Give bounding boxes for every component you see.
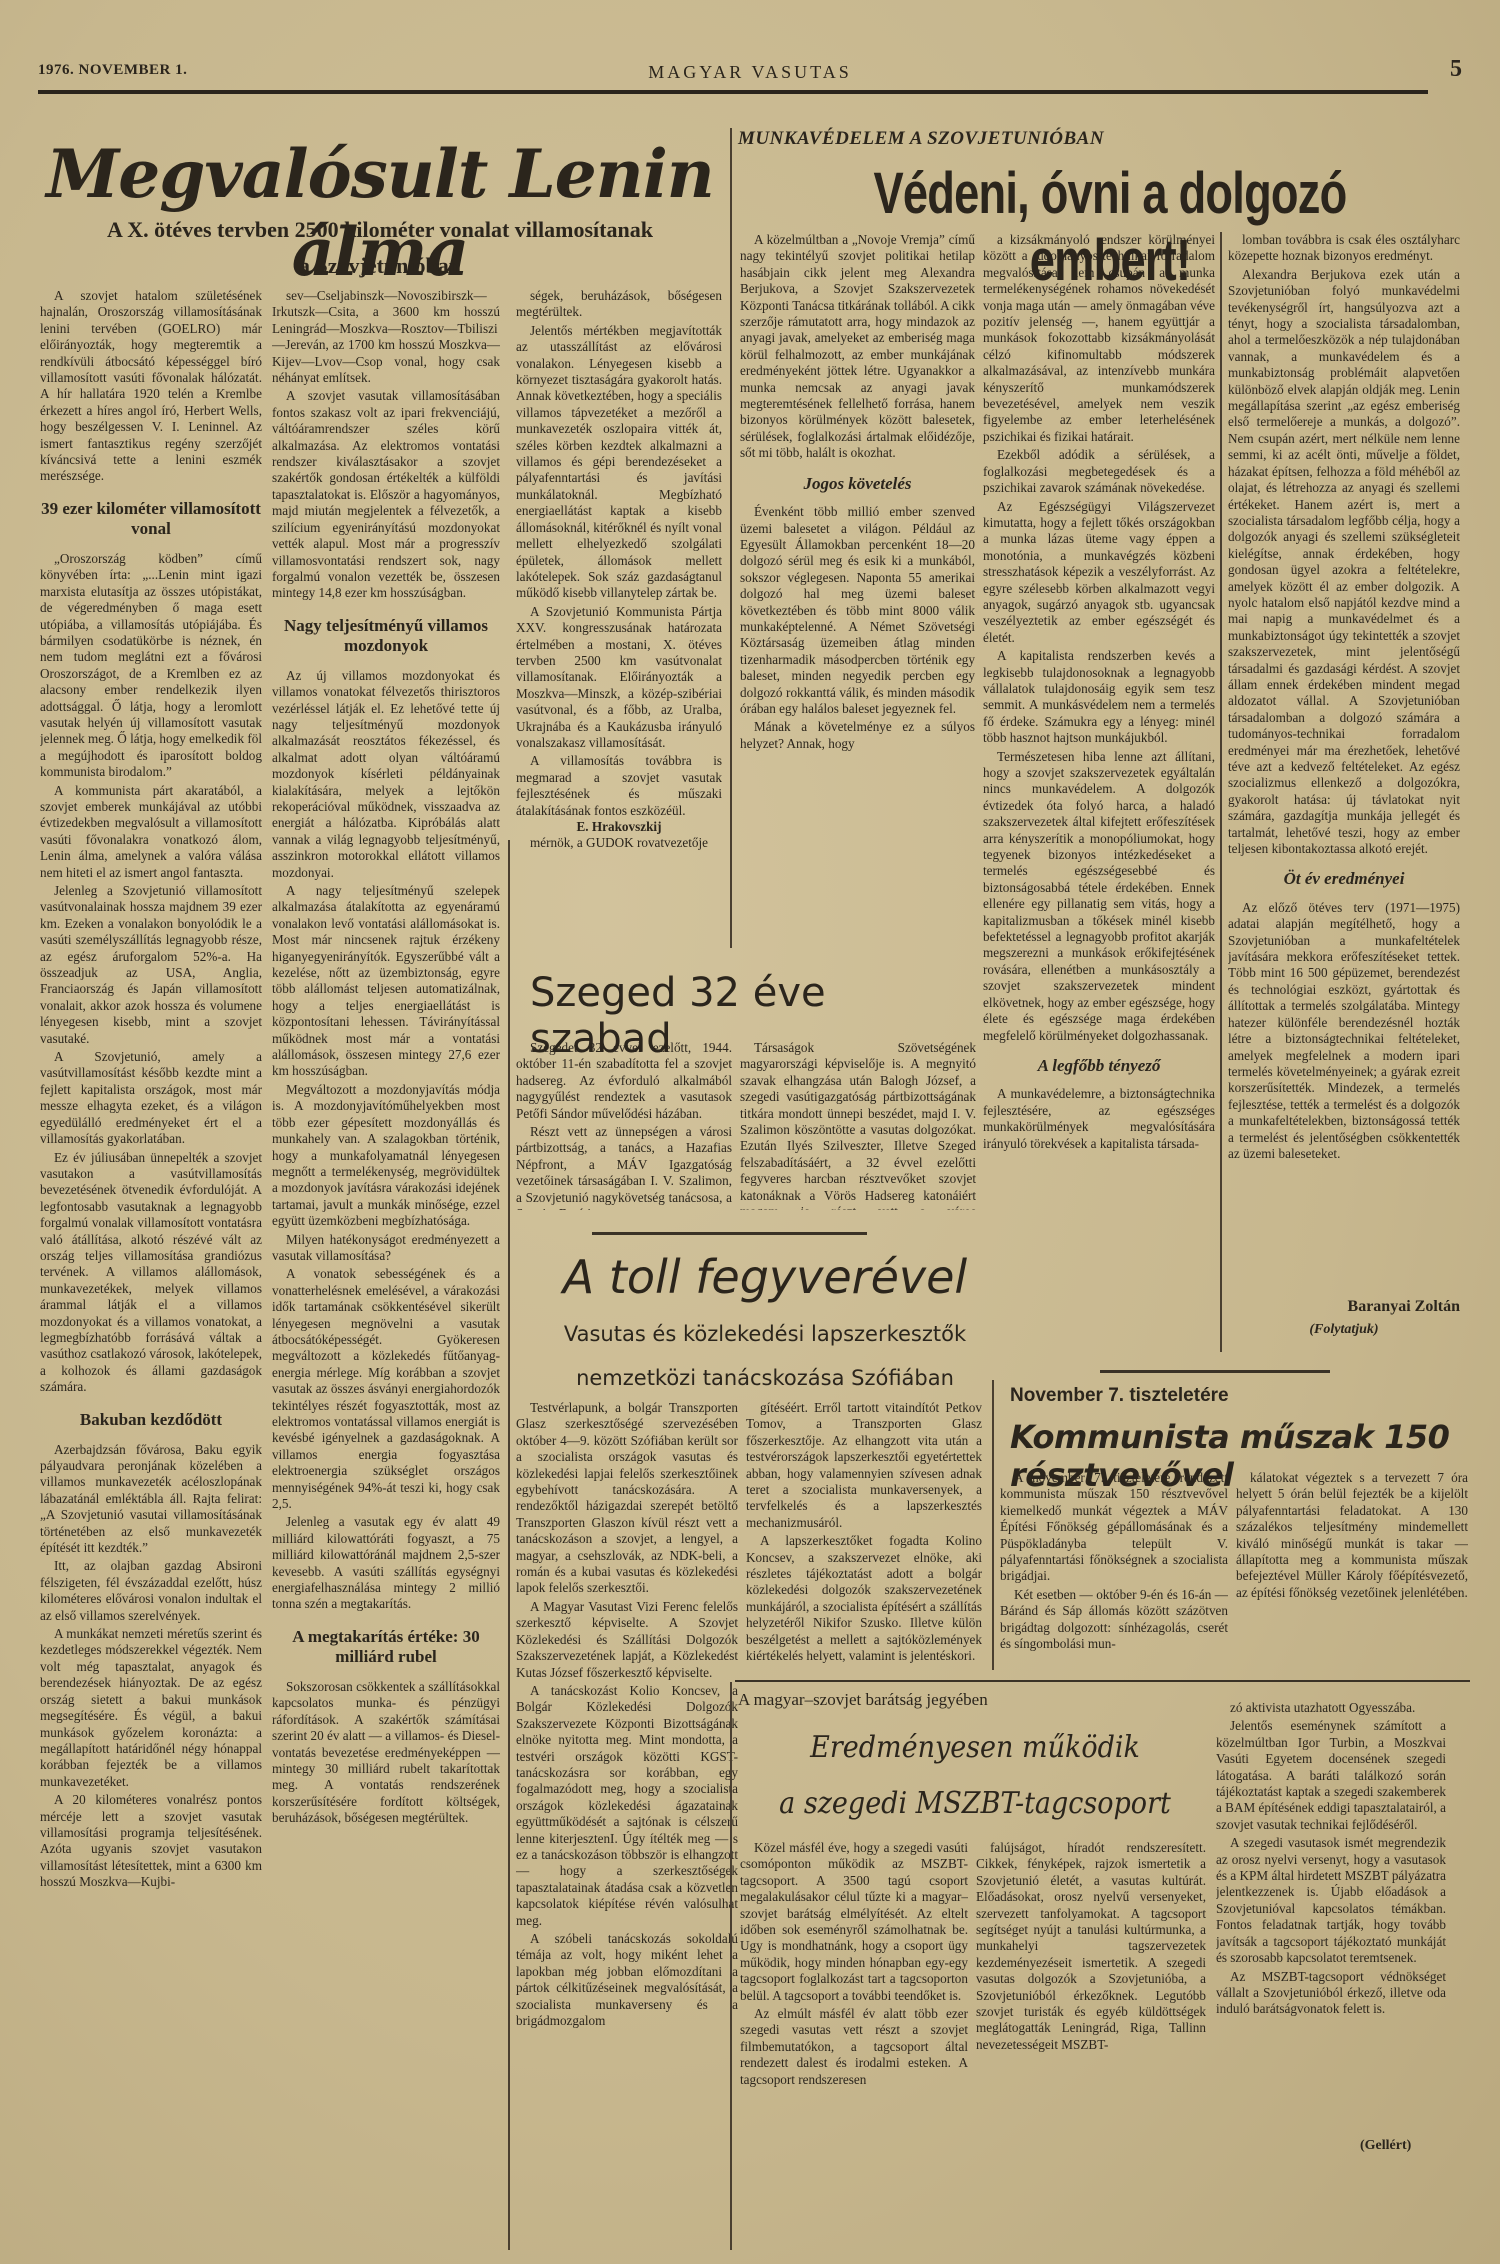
lenin-subheadline: A X. ötéves tervben 2500 kilométer vonal… xyxy=(40,212,720,284)
paragraph: Társaságok Szövetségének magyarországi k… xyxy=(740,1040,976,1210)
paragraph: zó aktivista utazhatott Ogyesszába. xyxy=(1216,1700,1446,1716)
paragraph: Közel másfél éve, hogy a szegedi vasúti … xyxy=(740,1840,968,2004)
paragraph: A kommunista párt akaratából, a szovjet … xyxy=(40,783,262,881)
mszbt-headline: Eredményesen működik a szegedi MSZBT-tag… xyxy=(764,1720,1187,1832)
lenin-subhead-39ezer: 39 ezer kilométer villamosított vonal xyxy=(40,499,262,539)
paragraph: A lapszerkesztőket fogadta Kolino Koncse… xyxy=(746,1533,982,1664)
mszbt-column-1: Közel másfél éve, hogy a szegedi vasúti … xyxy=(740,1840,968,2250)
paragraph: A november 7. tiszteletére rendezett kom… xyxy=(1000,1470,1228,1585)
vedeni-kicker: MUNKAVÉDELEM A SZOVJETUNIÓBAN xyxy=(738,128,1104,150)
lenin-byline-role: mérnök, a GUDOK rovatvezetője xyxy=(516,835,722,851)
paragraph: A szegedi vasutasok ismét megrendezik az… xyxy=(1216,1835,1446,1966)
paragraph: A vonatok sebességének és a vonatterhelé… xyxy=(272,1266,500,1512)
section-rule xyxy=(735,1680,1470,1682)
paragraph: Testvérlapunk, a bolgár Transzporten Gla… xyxy=(516,1400,738,1597)
paragraph: A tanácskozást Kolio Koncsev, a Bolgár K… xyxy=(516,1683,738,1929)
paragraph: ségek, beruházások, bőségesen megtérülte… xyxy=(516,288,722,321)
paragraph: Az Egészségügyi Világszervezet kimutatta… xyxy=(983,499,1215,647)
paragraph: A 20 kilométeres vonalrész pontos mércéj… xyxy=(40,1792,262,1890)
vedeni-column-1: A közelmúltban a „Novoje Vremja” című na… xyxy=(740,232,975,932)
kommunista-column-1: A november 7. tiszteletére rendezett kom… xyxy=(1000,1470,1228,1670)
column-divider xyxy=(992,1380,994,1670)
mszbt-column-3: zó aktivista utazhatott Ogyesszába.Jelen… xyxy=(1216,1700,1446,2140)
paragraph: A szovjet vasutak villamosításában fonto… xyxy=(272,388,500,601)
toll-column-1: Testvérlapunk, a bolgár Transzporten Gla… xyxy=(516,1400,738,2250)
mszbt-column-2: falújságot, híradót rendszeresített. Cik… xyxy=(976,1840,1206,2250)
column-divider xyxy=(730,128,732,948)
continued-note: (Folytatjuk) xyxy=(1228,1322,1460,1338)
paragraph: Az új villamos mozdonyokat és villamos v… xyxy=(272,668,500,881)
paragraph: A szóbeli tanácskozás sokoldalú témája a… xyxy=(516,1931,738,2029)
paragraph: a kizsákmányoló rendszer körülményei köz… xyxy=(983,232,1215,445)
column-divider xyxy=(508,840,510,2250)
paragraph: Alexandra Berjukova ezek után a Szovjetu… xyxy=(1228,267,1460,858)
paragraph: Évenként több millió ember szenved üzemi… xyxy=(740,504,975,717)
paragraph: sev—Cseljabinszk—Novoszibirszk—Irkutszk—… xyxy=(272,288,500,386)
section-rule xyxy=(1100,1370,1330,1373)
masthead-rule xyxy=(38,90,1428,94)
vedeni-column-2: a kizsákmányoló rendszer körülményei köz… xyxy=(983,232,1215,1322)
paragraph: A Magyar Vasutast Vizi Ferenc felelős sz… xyxy=(516,1599,738,1681)
lenin-column-1: A szovjet hatalom születésének hajnalán,… xyxy=(40,288,262,2248)
paragraph: A munkákat nemzeti méretűs szerint és ke… xyxy=(40,1626,262,1790)
mszbt-headline-line1: Eredményesen működik xyxy=(764,1720,1187,1776)
szeged-column-1: Szegedet 32 évvel ezelőtt, 1944. október… xyxy=(516,1040,732,1210)
paragraph: gítéséért. Erről tartott vitaindítót Pet… xyxy=(746,1400,982,1531)
paragraph: Jelentős eseménynek számított a közelmúl… xyxy=(1216,1718,1446,1833)
paragraph: Itt, az olajban gazdag Absironi félszige… xyxy=(40,1558,262,1624)
paragraph: Jelenleg a Szovjetunió villamosított vas… xyxy=(40,883,262,1047)
paragraph: Ezekből adódik a sérülések, a foglalkozá… xyxy=(983,447,1215,496)
lenin-subheadline-line2: a Szovjetunióban xyxy=(40,248,720,284)
lenin-subhead-mozdonyok: Nagy teljesítményű villamos mozdonyok xyxy=(272,616,500,656)
szeged-column-2: Társaságok Szövetségének magyarországi k… xyxy=(740,1040,976,1210)
paragraph: Részt vett az ünnepségen a városi pártbi… xyxy=(516,1124,732,1210)
column-divider xyxy=(268,288,270,2248)
paragraph: A villamosítás továbbra is megmarad a sz… xyxy=(516,753,722,819)
paragraph: A Szovjetunió Kommunista Pártja XXV. kon… xyxy=(516,604,722,752)
paragraph: A nagy teljesítményű szelepek alkalmazás… xyxy=(272,883,500,1080)
toll-column-2: gítéséért. Erről tartott vitaindítót Pet… xyxy=(746,1400,982,1670)
paragraph: Azerbajdzsán fővárosa, Baku egyik pályau… xyxy=(40,1442,262,1557)
paragraph: Ez év júliusában ünnepelték a szovjet va… xyxy=(40,1150,262,1396)
paragraph: falújságot, híradót rendszeresített. Cik… xyxy=(976,1840,1206,2053)
paragraph: A szovjet hatalom születésének hajnalán,… xyxy=(40,288,262,485)
toll-subheadline-line1: Vasutas és közlekedési lapszerkesztők xyxy=(530,1312,1000,1356)
vedeni-subhead-jogos: Jogos követelés xyxy=(740,476,975,492)
lenin-subhead-megtakaritas: A megtakarítás értéke: 30 milliárd rubel xyxy=(272,1627,500,1667)
column-divider xyxy=(730,1682,732,2250)
paragraph: „Oroszország ködben” című könyvében írta… xyxy=(40,551,262,781)
mszbt-headline-line2: a szegedi MSZBT-tagcsoport xyxy=(764,1776,1187,1832)
paragraph: Az elmúlt másfél év alatt több ezer szeg… xyxy=(740,2006,968,2088)
lenin-byline-name: E. Hrakovszkij xyxy=(516,819,722,835)
paragraph: Sokszorosan csökkentek a szállításokkal … xyxy=(272,1679,500,1827)
lenin-subhead-baku: Bakuban kezdődött xyxy=(40,1410,262,1430)
paragraph: kálatokat végeztek s a tervezett 7 óra h… xyxy=(1236,1470,1468,1601)
lenin-subheadline-line1: A X. ötéves tervben 2500 kilométer vonal… xyxy=(40,212,720,248)
paragraph: lomban továbbra is csak éles osztályharc… xyxy=(1228,232,1460,265)
paragraph: Az előző ötéves terv (1971—1975) adatai … xyxy=(1228,900,1460,1163)
lenin-column-2: sev—Cseljabinszk—Novoszibirszk—Irkutszk—… xyxy=(272,288,500,2248)
toll-headline: A toll fegyverével xyxy=(530,1250,1000,1304)
paragraph: Megváltozott a mozdonyjavítás módja is. … xyxy=(272,1082,500,1230)
mszbt-byline: (Gellért) xyxy=(1360,2138,1411,2154)
paragraph: Mának a követelménye ez a súlyos helyzet… xyxy=(740,719,975,752)
lenin-column-3: ségek, beruházások, bőségesen megtérülte… xyxy=(516,288,722,888)
paragraph: Szegedet 32 évvel ezelőtt, 1944. október… xyxy=(516,1040,732,1122)
newspaper-title: MAGYAR VASUTAS xyxy=(0,62,1500,83)
vedeni-column-3: lomban továbbra is csak éles osztályharc… xyxy=(1228,232,1460,1322)
paragraph: A közelmúltban a „Novoje Vremja” című na… xyxy=(740,232,975,462)
toll-subheadline: Vasutas és közlekedési lapszerkesztők ne… xyxy=(530,1312,1000,1400)
vedeni-subhead-ot-ev: Öt év eredményei xyxy=(1228,871,1460,887)
paragraph: Az MSZBT-tagcsoport védnökséget vállalt … xyxy=(1216,1969,1446,2018)
toll-subheadline-line2: nemzetközi tanácskozása Szófiában xyxy=(530,1356,1000,1400)
vedeni-subhead-legfobb: A legfőbb tényező xyxy=(983,1058,1215,1074)
paragraph: Milyen hatékonyságot eredményezett a vas… xyxy=(272,1232,500,1265)
paragraph: Jelentős mértékben megjavították az utas… xyxy=(516,323,722,602)
vedeni-byline: Baranyai Zoltán xyxy=(1228,1298,1490,1316)
mszbt-kicker: A magyar–szovjet barátság jegyében xyxy=(738,1690,988,1710)
paragraph: Jelenleg a vasutak egy év alatt 49 milli… xyxy=(272,1514,500,1612)
paragraph: A kapitalista rendszerben kevés a legkis… xyxy=(983,648,1215,746)
page-number: 5 xyxy=(1450,56,1462,83)
kommunista-kicker: November 7. tiszteletére xyxy=(1010,1385,1229,1407)
paragraph: A munkavédelemre, a biztonságtechnika fe… xyxy=(983,1086,1215,1152)
paragraph: Két esetben — október 9-én és 16-án — Bá… xyxy=(1000,1587,1228,1653)
paragraph: Természetesen hiba lenne azt állítani, h… xyxy=(983,749,1215,1044)
section-rule xyxy=(592,1232,867,1235)
paragraph: A Szovjetunió, amely a vasútvillamosítás… xyxy=(40,1049,262,1147)
column-divider xyxy=(1220,232,1222,1352)
kommunista-column-2: kálatokat végeztek s a tervezett 7 óra h… xyxy=(1236,1470,1468,1670)
